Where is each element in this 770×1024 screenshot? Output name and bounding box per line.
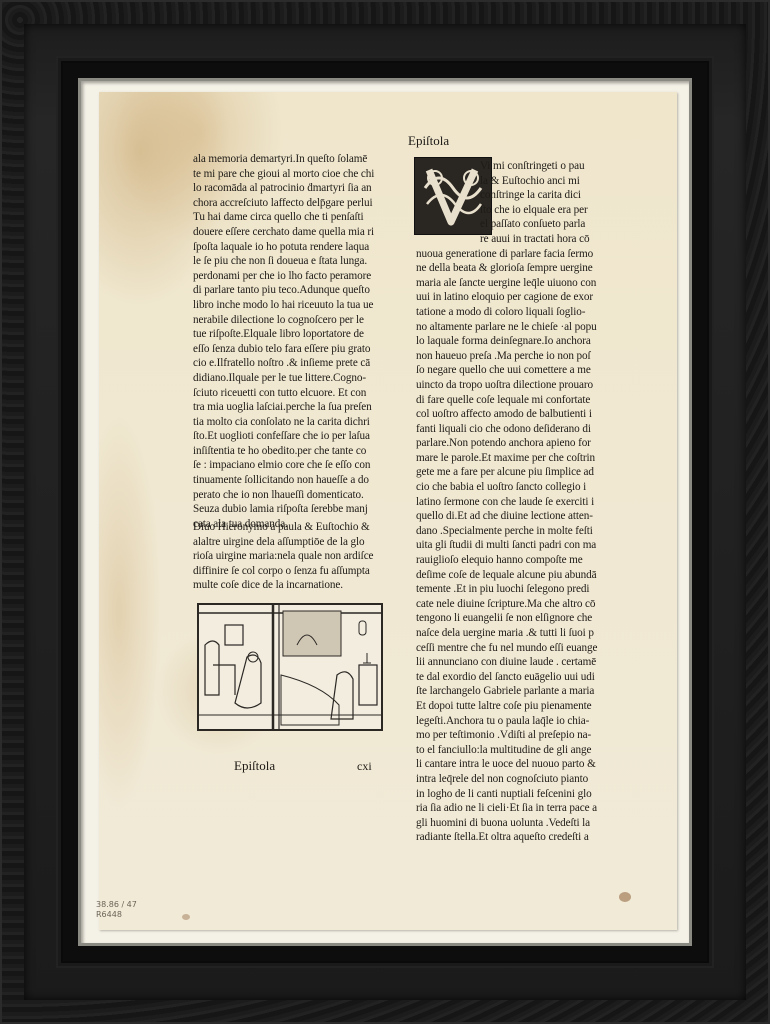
heading-line: multe coſe dice de la incarnatione. xyxy=(193,578,403,593)
text-line: nerabile dilectione lo cognoſcero per le xyxy=(193,313,403,328)
text-line: mare le parole.Et maxime per che coſtrin xyxy=(416,451,621,466)
text-line: tatione a modo di coloro liquali ſoglio- xyxy=(416,305,621,320)
text-line: intra leq̄rele del non cognoſciuto piant… xyxy=(416,772,621,787)
text-line: cate nele diuine ſcripture.Ma che altro … xyxy=(416,597,621,612)
text-line: dano .Specialmente perche in molte feſti xyxy=(416,524,621,539)
woodcut-scene-icon xyxy=(199,605,381,729)
text-line: ne della beata & glorioſa ſempre uergine xyxy=(416,261,621,276)
heading-line: diffinire ſe col corpo o ſenza fu aſſump… xyxy=(193,564,403,579)
text-line: le ſe piu che non ſi doueua e ſtata lung… xyxy=(193,254,403,269)
text-line: maria ale ſancte uergine leq̄le uiuono c… xyxy=(416,276,621,291)
text-line: uita gli ſtudii di multi ſancti padri co… xyxy=(416,538,621,553)
text-line: ſto.Et uoglioti confeſſare che io per la… xyxy=(193,429,403,444)
pencil-inventory-annotation: 38.86 / 47 R6448 xyxy=(96,900,137,920)
text-line: legeſti.Anchora tu o paula laq̄le io chi… xyxy=(416,714,621,729)
text-line: col uoſtro affecto amodo de balbutienti … xyxy=(416,407,621,422)
text-line: re auui in tractati hora cō xyxy=(416,232,621,247)
text-line: temente .Et in piu luochi ſelegono predi xyxy=(416,582,621,597)
text-line: non haueuo preſa .Ma perche io non poſ xyxy=(416,349,621,364)
text-line: di fare quelle coſe lequale mi confortat… xyxy=(416,393,621,408)
text-line: ala memoria demartyri.In queſto ſolamē xyxy=(193,152,403,167)
text-line: te dal exordio del ſancto euāgelio uui u… xyxy=(416,670,621,685)
text-line: to el fanciullo:la multitudine de gli an… xyxy=(416,743,621,758)
text-line: inſiſtentia te ho obedito.per che tante … xyxy=(193,444,403,459)
text-line: quello di.Et ad che diuine lectione atte… xyxy=(416,509,621,524)
text-line: deſime coſe de lequale alcune piu abundā xyxy=(416,568,621,583)
text-line: ſto che io elquale era per xyxy=(416,203,621,218)
text-line: perato che io non lhaueſſi domenticato. xyxy=(193,488,403,503)
text-line: tue riſpoſte.Elquale libro loportatore d… xyxy=(193,327,403,342)
text-line: uui in latino eloquio per cagione de exo… xyxy=(416,290,621,305)
text-line: eſſo ſenza dubio telo fara eſſere piu gr… xyxy=(193,342,403,357)
text-line: parlare.Non potendo anchora apieno for xyxy=(416,436,621,451)
text-line: di parlare tanto piu teco.Adunque queſto xyxy=(193,283,403,298)
running-head: Epiſtola xyxy=(408,133,449,149)
heading-line: rioſa uirgine maria:nela quale non ardiſ… xyxy=(193,549,403,564)
text-line: Vi mi conſtringeti o pau xyxy=(416,159,621,174)
foxing-stain xyxy=(182,914,190,920)
text-line: perdonami per che io lho facto peramore xyxy=(193,269,403,284)
text-line: fanti liquali cio che odono deſiderano d… xyxy=(416,422,621,437)
text-line: no altamente parlare ne le chieſe ·al po… xyxy=(416,320,621,335)
annotation-line: R6448 xyxy=(96,910,137,920)
text-line: naſce dela uergine maria .& tutti li ſuo… xyxy=(416,626,621,641)
text-line: el paſſato conſueto parla xyxy=(416,217,621,232)
text-line: chora accreſciuto laffecto delp̄gare per… xyxy=(193,196,403,211)
foxing-stain xyxy=(619,892,631,902)
folio-number: cxi xyxy=(357,759,372,774)
text-line: tra mia uoglia laſciai.perche la ſua pre… xyxy=(193,400,403,415)
text-line: libro inche modo lo hai riceuuto la tua … xyxy=(193,298,403,313)
text-line: ria ſia adio ne li cieli·Et ſia in terra… xyxy=(416,801,621,816)
text-line: ſte larchangelo Gabriele parlante a mari… xyxy=(416,684,621,699)
text-line: lo racomāda al patrocinio ḋmartyri ſia a… xyxy=(193,181,403,196)
text-line: gete me a fare per alcune piu ſimplice a… xyxy=(416,465,621,480)
text-line: mo per teſtimonio .Vdiſti al preſepio na… xyxy=(416,728,621,743)
text-line: li cantare intra le uoce del nuouo parto… xyxy=(416,757,621,772)
text-line: ſe : impaciano elmio core che ſe eſſo co… xyxy=(193,458,403,473)
heading-line: Diuo Hieronymo a paula & Euſtochio & xyxy=(193,520,403,535)
text-line: didiano.Ilquale per le tue littere.Cogno… xyxy=(193,371,403,386)
text-line: tinuamente ſollicitando non haueſſe a do xyxy=(193,473,403,488)
text-line: latino ſermone con che laude ſe exerciti… xyxy=(416,495,621,510)
annotation-line: 38.86 / 47 xyxy=(96,900,137,910)
right-column-text: Vi mi conſtringeti o pau la & Euſtochio … xyxy=(416,159,621,845)
text-line: la & Euſtochio anci mi xyxy=(416,174,621,189)
text-line: uincto da tropo uoſtra dilectione prouar… xyxy=(416,378,621,393)
colophon-label: Epiſtola xyxy=(234,758,275,774)
text-line: radiante ſtella.Et oltra aqueſto credeſt… xyxy=(416,830,621,845)
text-line: nuoua generatione di parlare facia ſermo xyxy=(416,247,621,262)
text-line: gli huomini di buona uolunta .Vedeſti la xyxy=(416,816,621,831)
text-line: tengono li euangelii ſe non elſignore ch… xyxy=(416,611,621,626)
text-line: Et dopoi tutte laltre coſe piu pienament… xyxy=(416,699,621,714)
text-line: ſpoſta laquale io ho potuta rendere laqu… xyxy=(193,240,403,255)
text-line: ſo negare quello che uui comettere a me xyxy=(416,363,621,378)
section-heading: Diuo Hieronymo a paula & Euſtochio & ala… xyxy=(193,520,403,593)
text-line: ſciuto riceuetti con tutto elcuore. Et c… xyxy=(193,386,403,401)
text-line: cio e.Ilfratello noſtro .& inſieme prete… xyxy=(193,356,403,371)
heading-line: alaltre uirgine dela aſſumptiōe de la gl… xyxy=(193,535,403,550)
woodcut-illustration xyxy=(197,603,383,731)
text-line: douere eſſere cerchato dame quella mia r… xyxy=(193,225,403,240)
text-line: te mi pare che gioui al morto cioe che c… xyxy=(193,167,403,182)
text-line: in logho de li canti nuptiali feſcenini … xyxy=(416,787,621,802)
text-line: Tu hai dame circa quello che ti penſaſti xyxy=(193,210,403,225)
text-line: ceſſi mentre che fu nel mundo eſſi euang… xyxy=(416,641,621,656)
text-line: conſtringe la carita dici xyxy=(416,188,621,203)
text-line: tia molto cia conſolato ne la carita dic… xyxy=(193,415,403,430)
left-column-text: ala memoria demartyri.In queſto ſolamē t… xyxy=(193,152,403,531)
text-line: lo laquale forma deinſegnare.Io anchora xyxy=(416,334,621,349)
text-line: rauiglioſo elequio hanno compoſte me xyxy=(416,553,621,568)
text-line: lii annunciano con diuine laude . certam… xyxy=(416,655,621,670)
text-line: Seuza dubio lamia riſpoſta ſerebbe manj xyxy=(193,502,403,517)
text-line: cio che babia el uoſtro ſancto collegio … xyxy=(416,480,621,495)
